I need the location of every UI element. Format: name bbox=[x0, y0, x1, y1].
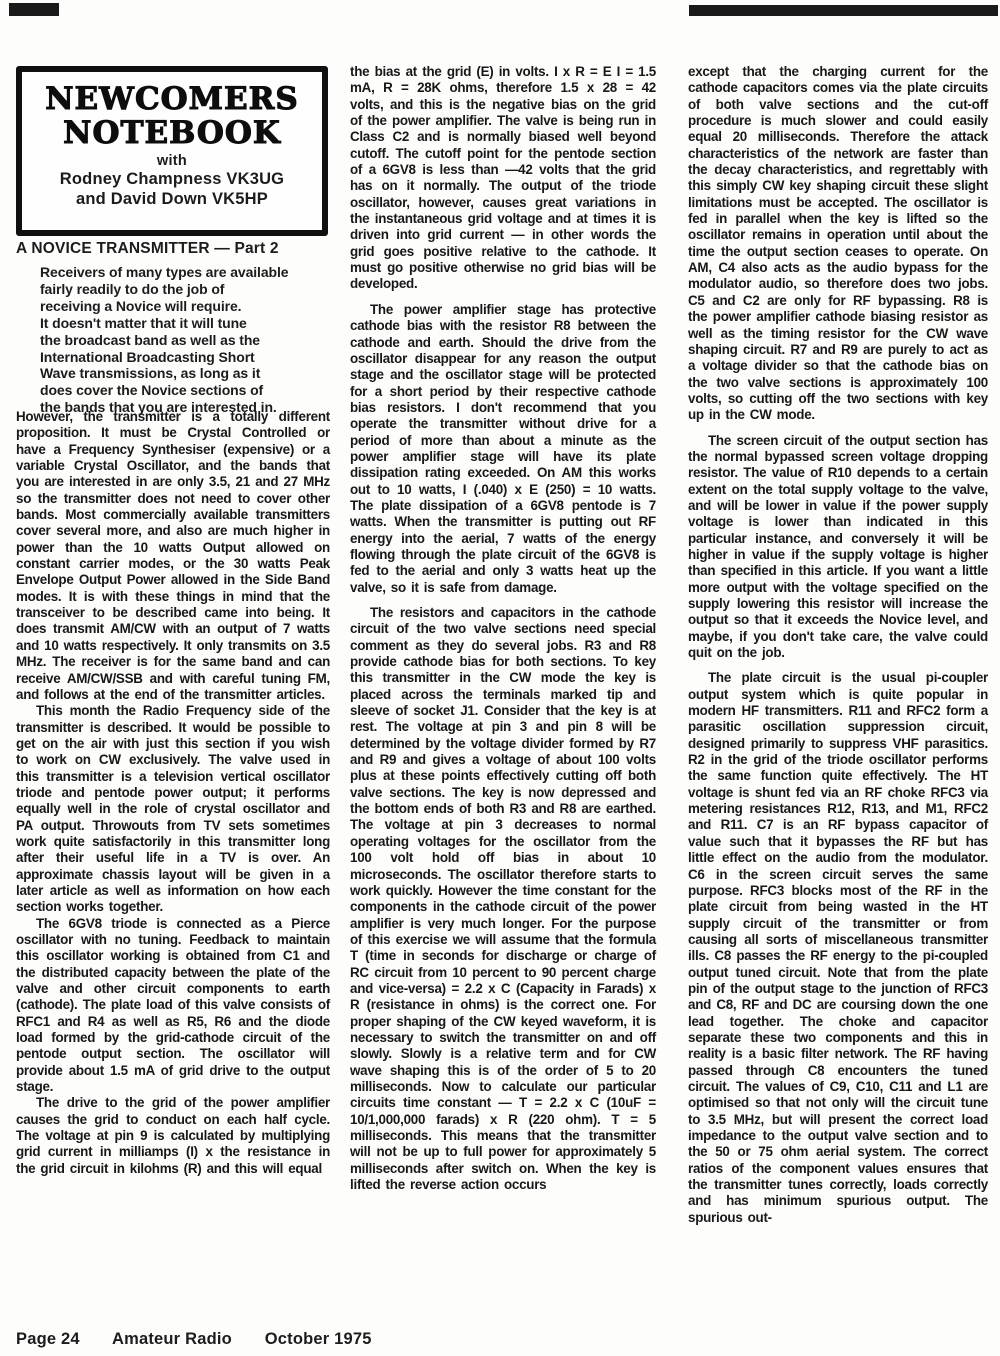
text-column-left: However, the transmitter is a totally di… bbox=[16, 409, 330, 1177]
masthead-with-label: with bbox=[22, 153, 322, 169]
masthead-title-line1: NEWCOMERS bbox=[22, 82, 322, 116]
lede-line: Receivers of many types are available bbox=[40, 264, 330, 281]
masthead-author-2: and David Down VK5HP bbox=[22, 189, 322, 209]
body-paragraph: This month the Radio Frequency side of t… bbox=[16, 703, 330, 915]
text-column-middle: the bias at the grid (E) in volts. I x R… bbox=[350, 64, 656, 1193]
body-paragraph: The drive to the grid of the power ampli… bbox=[16, 1095, 330, 1177]
body-paragraph: the bias at the grid (E) in volts. I x R… bbox=[350, 64, 656, 293]
article-heading: A NOVICE TRANSMITTER — Part 2 bbox=[16, 240, 336, 258]
masthead-author-1: Rodney Champness VK3UG bbox=[22, 169, 322, 189]
body-paragraph: The resistors and capacitors in the cath… bbox=[350, 605, 656, 1193]
page-footer: Page 24 Amateur Radio October 1975 bbox=[16, 1330, 372, 1349]
body-paragraph: The 6GV8 triode is connected as a Pierce… bbox=[16, 916, 330, 1096]
text-column-right: except that the charging current for the… bbox=[688, 64, 988, 1226]
body-paragraph: However, the transmitter is a totally di… bbox=[16, 409, 330, 703]
lede-line: International Broadcasting Short bbox=[40, 349, 330, 366]
lede-line: receiving a Novice will require. bbox=[40, 298, 330, 315]
footer-magazine-name: Amateur Radio bbox=[112, 1330, 232, 1348]
lede-line: does cover the Novice sections of bbox=[40, 382, 330, 399]
lede-line: Wave transmissions, as long as it bbox=[40, 365, 330, 382]
article-lede: Receivers of many types are available fa… bbox=[40, 264, 330, 416]
body-paragraph: The screen circuit of the output section… bbox=[688, 433, 988, 662]
lede-line: the broadcast band as well as the bbox=[40, 332, 330, 349]
registration-mark-top-right bbox=[689, 5, 998, 16]
footer-page-number: Page 24 bbox=[16, 1330, 80, 1348]
registration-mark-top-left bbox=[9, 3, 59, 16]
column-masthead-box: NEWCOMERS NOTEBOOK with Rodney Champness… bbox=[16, 66, 328, 236]
body-paragraph: The plate circuit is the usual pi-couple… bbox=[688, 670, 988, 1226]
lede-line: fairly readily to do the job of bbox=[40, 281, 330, 298]
masthead-title-line2: NOTEBOOK bbox=[22, 116, 322, 150]
body-paragraph: The power amplifier stage has protective… bbox=[350, 302, 656, 596]
magazine-page: NEWCOMERS NOTEBOOK with Rodney Champness… bbox=[0, 0, 1000, 1356]
footer-issue-date: October 1975 bbox=[265, 1330, 372, 1348]
lede-line: It doesn't matter that it will tune bbox=[40, 315, 330, 332]
body-paragraph: except that the charging current for the… bbox=[688, 64, 988, 424]
